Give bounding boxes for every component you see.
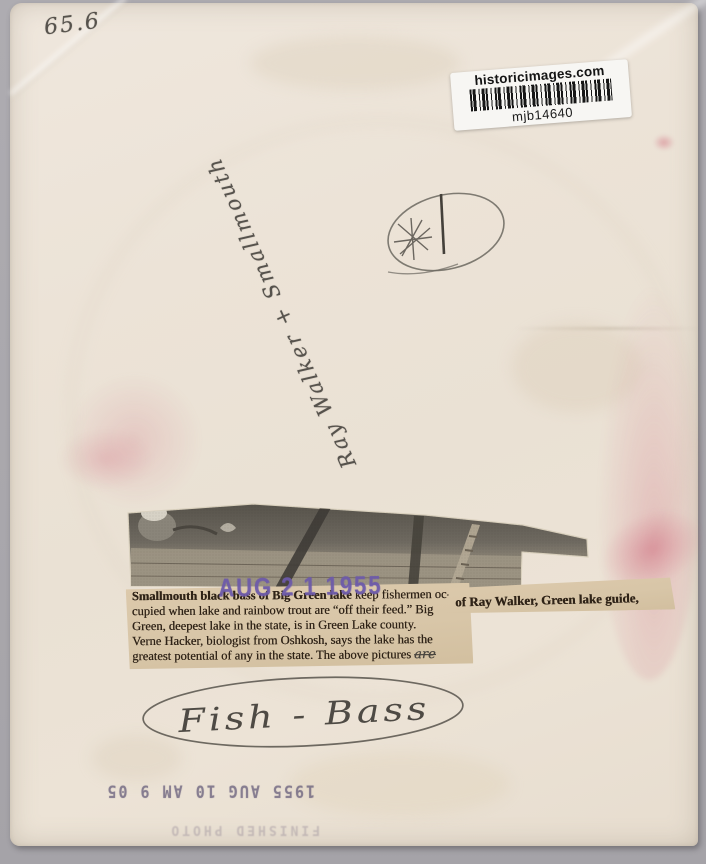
caption-line: greatest potential of any in the state. … [132, 648, 411, 664]
pencil-asterisk-scribble [394, 218, 432, 260]
red-ink-smudge [58, 428, 154, 490]
pencil-digit-one [441, 194, 444, 254]
finished-photo-stamp-upside-down: FINISHED PHOTO [120, 822, 320, 837]
caption-line: cupied when lake and rainbow trout are “… [132, 602, 468, 619]
subject-note-text: Fish - Bass [176, 689, 431, 740]
paper-stain [290, 752, 510, 816]
pencil-ellipse [380, 182, 512, 282]
pencil-annotation: are [414, 647, 436, 662]
date-stamp: AUG 2 1 1955 [218, 570, 383, 603]
circled-number-mark [380, 180, 512, 292]
receipt-date-stamp-upside-down: 1955 AUG 10 AM 9 05 [93, 781, 315, 801]
paper-stain [250, 36, 460, 90]
red-ink-smudge [653, 134, 675, 151]
subject-note-circled: Fish - Bass [136, 672, 476, 758]
red-ink-smudge [598, 288, 700, 680]
scanned-photo-back: 65.6 historicimages.com mjb14640 Ray Wal… [0, 0, 706, 864]
